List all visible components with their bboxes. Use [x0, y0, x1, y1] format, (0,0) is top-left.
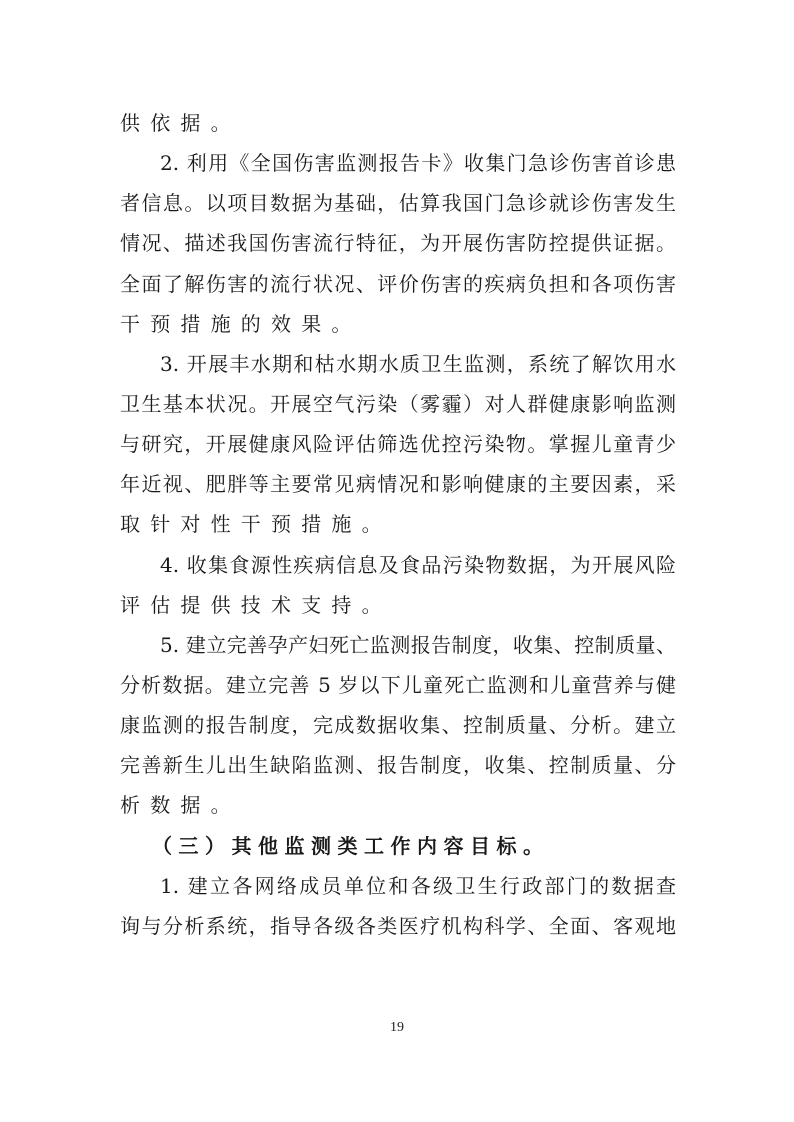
page-number: 19 — [0, 1020, 794, 1036]
text-line-item-1-start: 1. 建立各网络成员单位和各级卫生行政部门的数据查 — [120, 866, 676, 906]
text-line: 分析数据。建立完善 5 岁以下儿童死亡监测和儿童营养与健 — [120, 665, 676, 705]
text-line: 康监测的报告制度，完成数据收集、控制质量、分析。建立 — [120, 705, 676, 745]
text-line: 情况、描述我国伤害流行特征，为开展伤害防控提供证据。 — [120, 223, 676, 263]
text-line: 评估提供技术支持。 — [120, 585, 676, 625]
document-page: 供依据。 2. 利用《全国伤害监测报告卡》收集门急诊伤害首诊患 者信息。以项目数… — [0, 0, 794, 1122]
text-line-item-2-start: 2. 利用《全国伤害监测报告卡》收集门急诊伤害首诊患 — [120, 143, 676, 183]
section-heading: （三）其他监测类工作内容目标。 — [120, 826, 676, 866]
text-line: 者信息。以项目数据为基础，估算我国门急诊就诊伤害发生 — [120, 183, 676, 223]
text-line: 全面了解伤害的流行状况、评价伤害的疾病负担和各项伤害 — [120, 264, 676, 304]
text-line: 询与分析系统，指导各级各类医疗机构科学、全面、客观地 — [120, 906, 676, 946]
text-line-item-5-start: 5. 建立完善孕产妇死亡监测报告制度，收集、控制质量、 — [120, 625, 676, 665]
text-line: 与研究，开展健康风险评估筛选优控污染物。掌握儿童青少 — [120, 424, 676, 464]
document-body: 供依据。 2. 利用《全国伤害监测报告卡》收集门急诊伤害首诊患 者信息。以项目数… — [120, 103, 676, 946]
text-line-item-3-start: 3. 开展丰水期和枯水期水质卫生监测，系统了解饮用水 — [120, 344, 676, 384]
text-line: 年近视、肥胖等主要常见病情况和影响健康的主要因素，采 — [120, 464, 676, 504]
text-line-item-4-start: 4. 收集食源性疾病信息及食品污染物数据，为开展风险 — [120, 545, 676, 585]
text-line: 取针对性干预措施。 — [120, 504, 676, 544]
text-line: 供依据。 — [120, 103, 676, 143]
text-line: 完善新生儿出生缺陷监测、报告制度，收集、控制质量、分 — [120, 745, 676, 785]
text-line: 析数据。 — [120, 785, 676, 825]
text-line: 干预措施的效果。 — [120, 304, 676, 344]
text-line: 卫生基本状况。开展空气污染（雾霾）对人群健康影响监测 — [120, 384, 676, 424]
